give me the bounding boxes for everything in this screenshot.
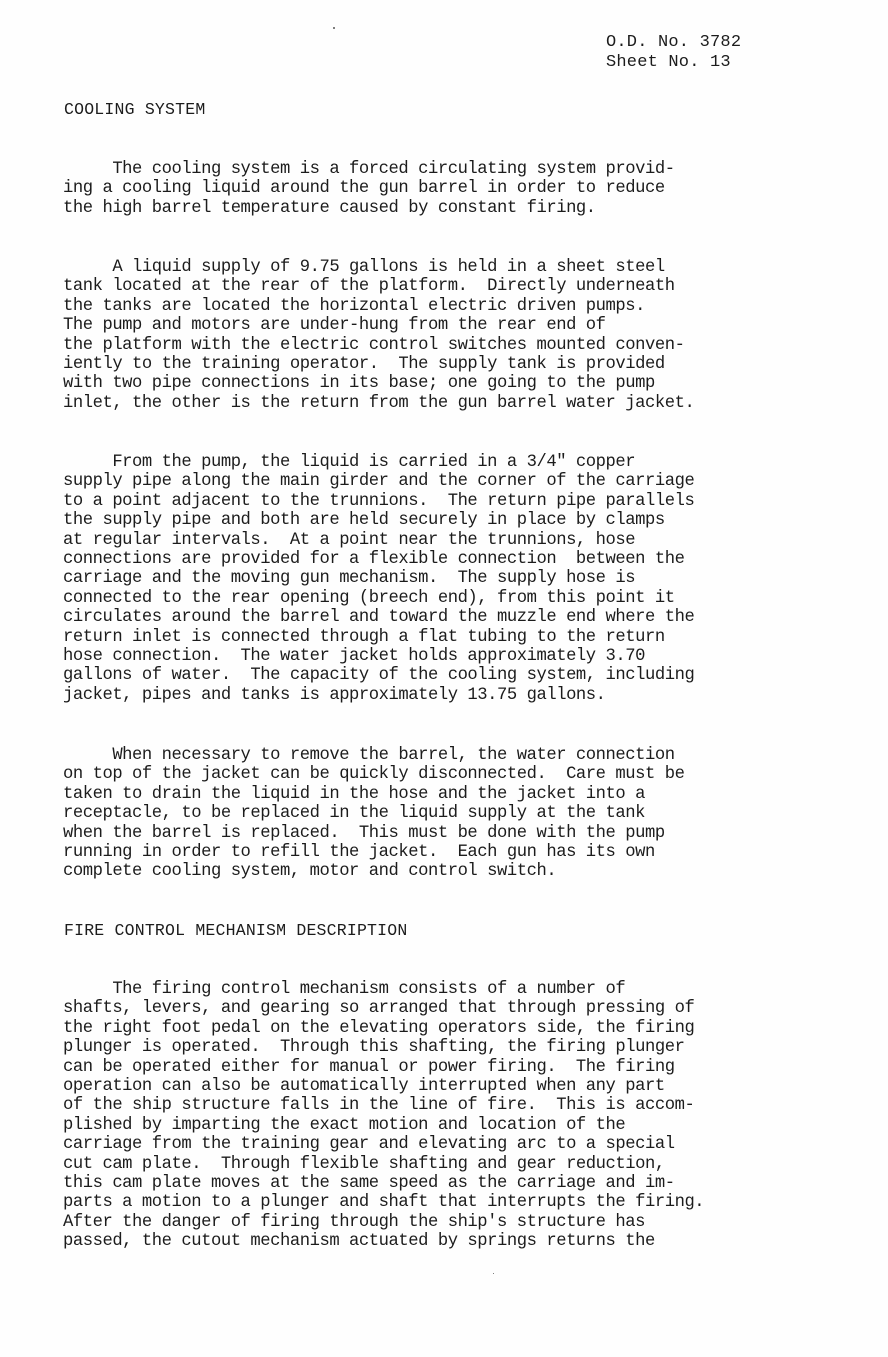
text-line: the tanks are located the horizontal ele… — [63, 297, 694, 316]
text-line: When necessary to remove the barrel, the… — [63, 746, 684, 765]
text-line: gallons of water. The capacity of the co… — [63, 666, 694, 685]
text-line: passed, the cutout mechanism actuated by… — [63, 1232, 704, 1251]
text-line: After the danger of firing through the s… — [63, 1213, 704, 1232]
text-line: carriage from the training gear and elev… — [63, 1135, 704, 1154]
text-line: ing a cooling liquid around the gun barr… — [63, 179, 675, 198]
text-line: complete cooling system, motor and contr… — [63, 862, 684, 881]
text-line: running in order to refill the jacket. E… — [63, 843, 684, 862]
text-line: the right foot pedal on the elevating op… — [63, 1019, 704, 1038]
text-line: receptacle, to be replaced in the liquid… — [63, 804, 684, 823]
text-line: jacket, pipes and tanks is approximately… — [63, 686, 694, 705]
text-line: A liquid supply of 9.75 gallons is held … — [63, 258, 694, 277]
text-line: the supply pipe and both are held secure… — [63, 511, 694, 530]
paragraph-firing-control: The firing control mechanism consists of… — [63, 980, 704, 1251]
text-line: From the pump, the liquid is carried in … — [63, 453, 694, 472]
sheet-number: Sheet No. 13 — [606, 53, 741, 73]
document-reference: O.D. No. 3782 Sheet No. 13 — [606, 33, 741, 73]
section-heading-cooling-system: COOLING SYSTEM — [64, 100, 205, 120]
section-heading-fire-control: FIRE CONTROL MECHANISM DESCRIPTION — [64, 921, 407, 941]
text-line: plished by imparting the exact motion an… — [63, 1116, 704, 1135]
text-line: of the ship structure falls in the line … — [63, 1096, 704, 1115]
text-line: circulates around the barrel and toward … — [63, 608, 694, 627]
document-page: O.D. No. 3782 Sheet No. 13 COOLING SYSTE… — [0, 0, 888, 1357]
text-line: The firing control mechanism consists of… — [63, 980, 704, 999]
text-line: parts a motion to a plunger and shaft th… — [63, 1193, 704, 1212]
text-line: the high barrel temperature caused by co… — [63, 199, 675, 218]
text-line: can be operated either for manual or pow… — [63, 1058, 704, 1077]
text-line: tank located at the rear of the platform… — [63, 277, 694, 296]
text-line: taken to drain the liquid in the hose an… — [63, 785, 684, 804]
text-line: the platform with the electric control s… — [63, 336, 694, 355]
text-line: carriage and the moving gun mechanism. T… — [63, 569, 694, 588]
paragraph-liquid-supply: A liquid supply of 9.75 gallons is held … — [63, 258, 694, 413]
text-line: with two pipe connections in its base; o… — [63, 374, 694, 393]
text-line: return inlet is connected through a flat… — [63, 628, 694, 647]
text-line: inlet, the other is the return from the … — [63, 394, 694, 413]
text-line: connections are provided for a flexible … — [63, 550, 694, 569]
text-line: on top of the jacket can be quickly disc… — [63, 765, 684, 784]
text-line: The cooling system is a forced circulati… — [63, 160, 675, 179]
paragraph-barrel-removal: When necessary to remove the barrel, the… — [63, 746, 684, 882]
text-line: to a point adjacent to the trunnions. Th… — [63, 492, 694, 511]
od-number: O.D. No. 3782 — [606, 33, 741, 53]
paragraph-cooling-intro: The cooling system is a forced circulati… — [63, 160, 675, 218]
text-line: when the barrel is replaced. This must b… — [63, 824, 684, 843]
text-line: plunger is operated. Through this shafti… — [63, 1038, 704, 1057]
text-line: shafts, levers, and gearing so arranged … — [63, 999, 704, 1018]
text-line: supply pipe along the main girder and th… — [63, 472, 694, 491]
text-line: connected to the rear opening (breech en… — [63, 589, 694, 608]
paragraph-pump-piping: From the pump, the liquid is carried in … — [63, 453, 694, 705]
text-line: iently to the training operator. The sup… — [63, 355, 694, 374]
text-line: at regular intervals. At a point near th… — [63, 531, 694, 550]
paper-speck — [333, 27, 335, 29]
text-line: The pump and motors are under-hung from … — [63, 316, 694, 335]
text-line: hose connection. The water jacket holds … — [63, 647, 694, 666]
paper-speck — [493, 1273, 494, 1274]
text-line: operation can also be automatically inte… — [63, 1077, 704, 1096]
text-line: this cam plate moves at the same speed a… — [63, 1174, 704, 1193]
text-line: cut cam plate. Through flexible shafting… — [63, 1155, 704, 1174]
